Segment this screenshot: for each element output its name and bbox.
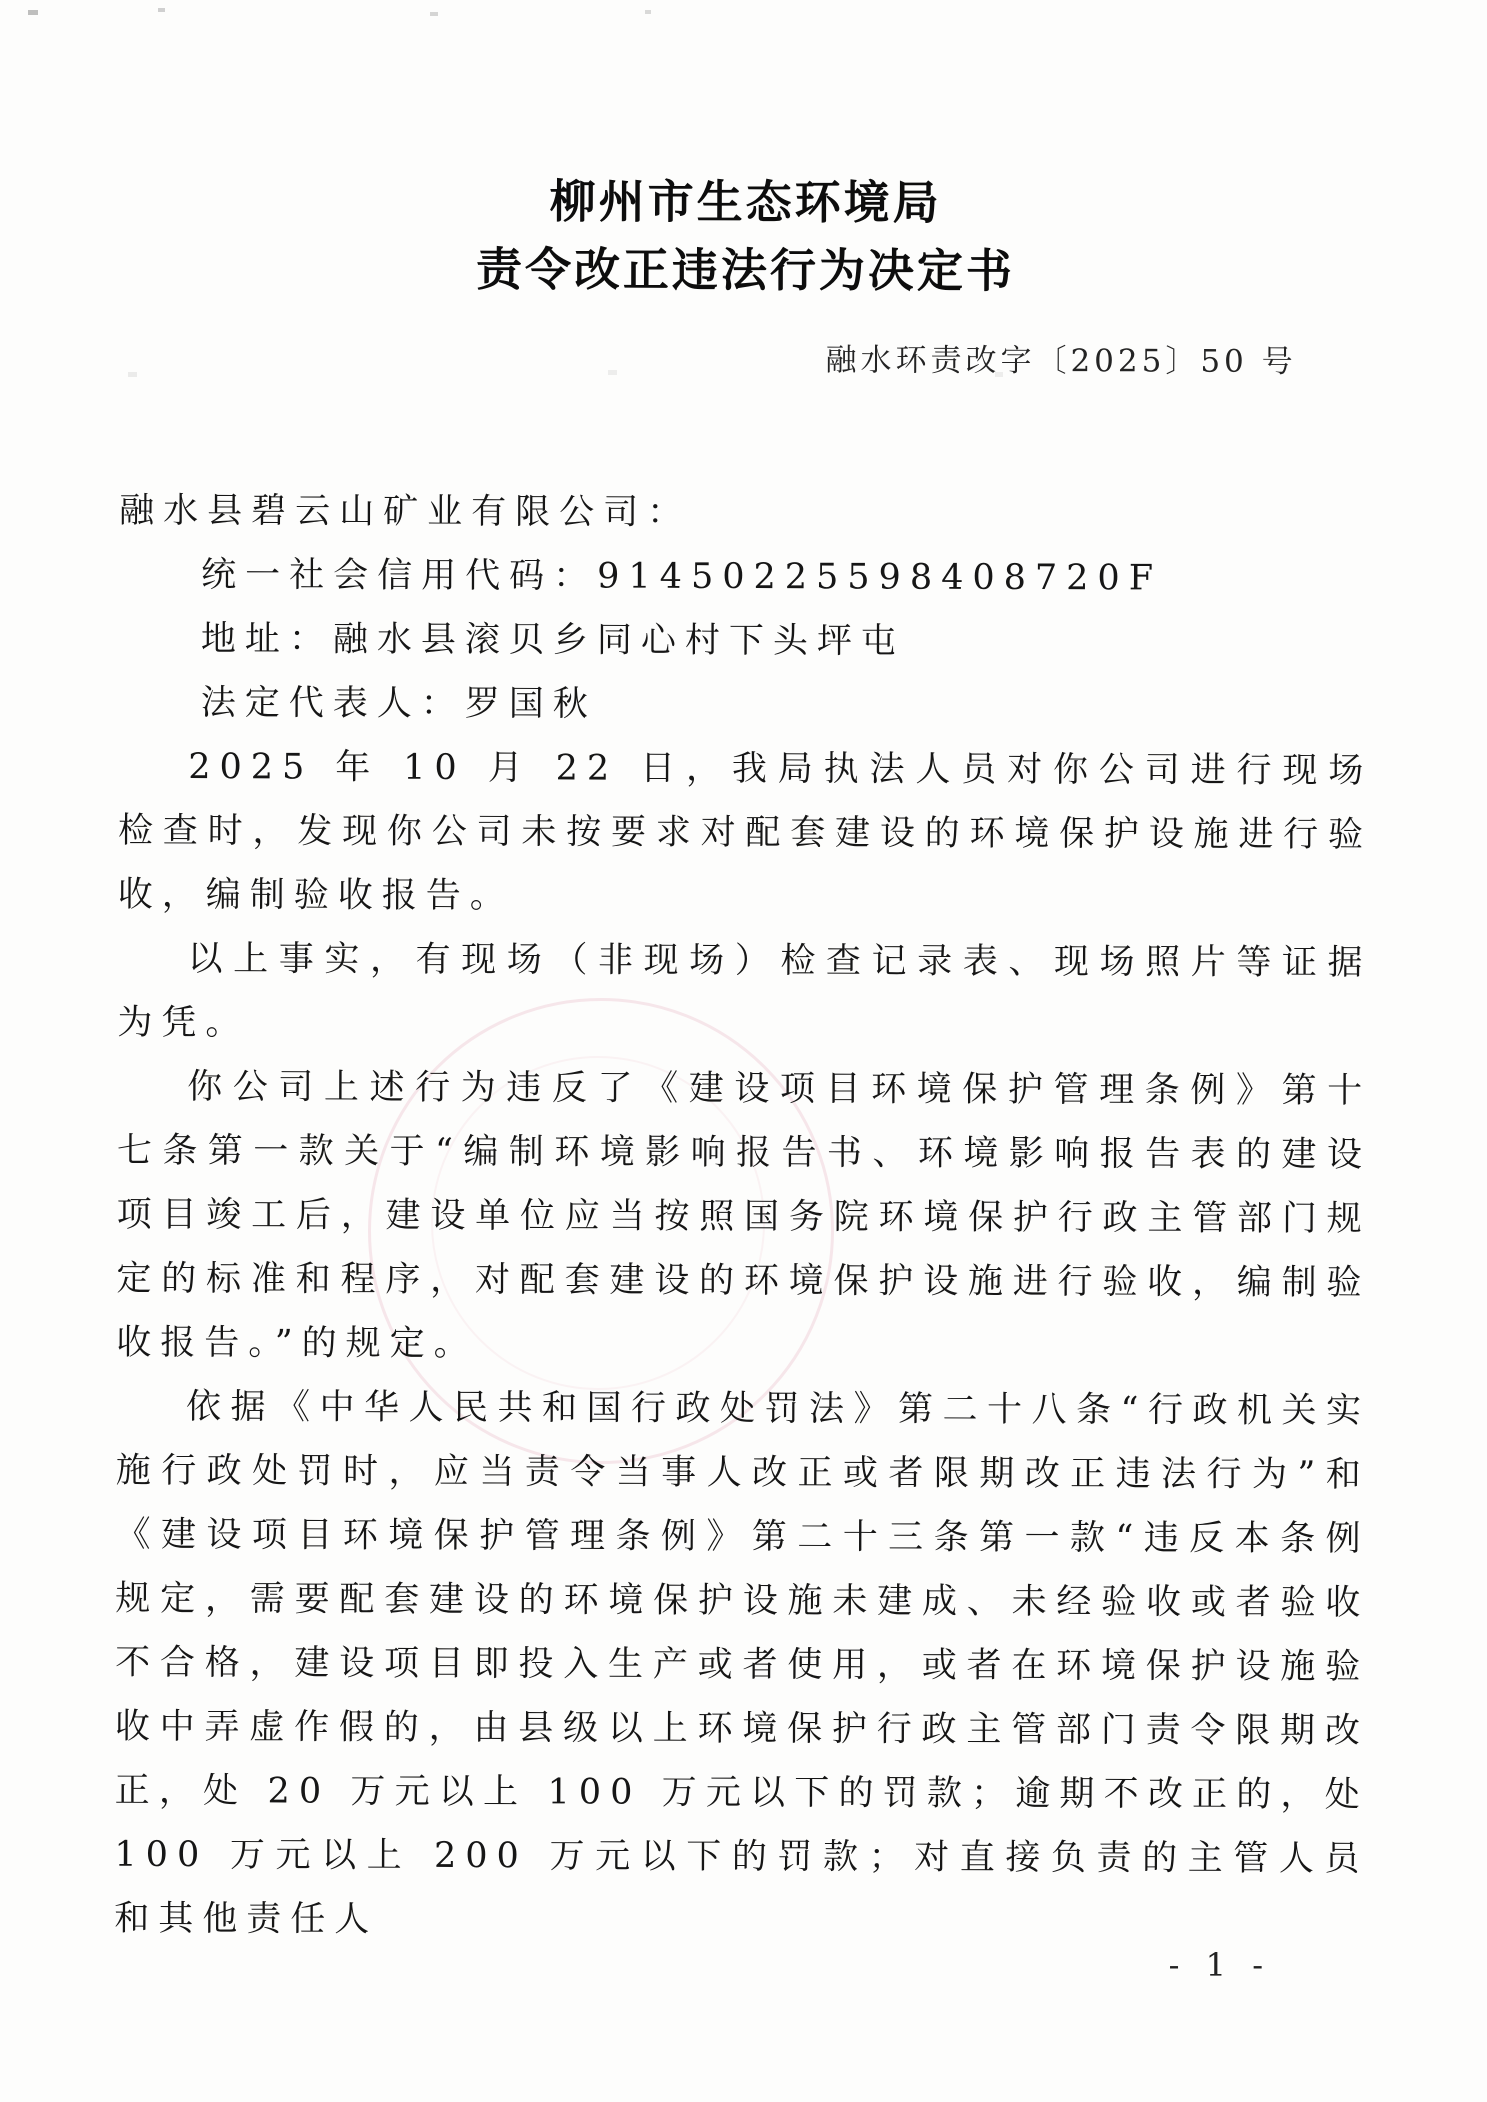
document-content: 柳州市生态环境局 责令改正违法行为决定书 融水环责改字〔2025〕50 号 融水… xyxy=(0,0,1487,2102)
address-line: 地址：融水县滚贝乡同心村下头坪屯 xyxy=(119,607,1373,675)
page-number: - 1 - xyxy=(1169,1946,1271,1984)
document-title: 柳州市生态环境局 责令改正违法行为决定书 xyxy=(2,165,1487,306)
paragraph-violated-regulation: 你公司上述行为违反了《建设项目环境保护管理条例》第十七条第一款关于“编制环境影响… xyxy=(116,1055,1371,1379)
credit-code-line: 统一社会信用代码：91450225598408720F xyxy=(119,543,1373,611)
document-body: 融水县碧云山矿业有限公司： 统一社会信用代码：91450225598408720… xyxy=(114,479,1373,1955)
paragraph-legal-basis: 依据《中华人民共和国行政处罚法》第二十八条“行政机关实施行政处罚时，应当责令当事… xyxy=(114,1375,1370,1955)
paragraph-evidence: 以上事实，有现场（非现场）检查记录表、现场照片等证据为凭。 xyxy=(117,927,1371,1059)
legal-representative-line: 法定代表人：罗国秋 xyxy=(118,671,1372,739)
recipient-company-name: 融水县碧云山矿业有限公司： xyxy=(119,479,1373,547)
paragraph-inspection-findings: 2025 年 10 月 22 日，我局执法人员对你公司进行现场检查时，发现你公司… xyxy=(118,735,1373,931)
document-reference-number: 融水环责改字〔2025〕50 号 xyxy=(2,331,1487,381)
scanned-document-page: 柳州市生态环境局 责令改正违法行为决定书 融水环责改字〔2025〕50 号 融水… xyxy=(0,0,1487,2102)
title-agency-line: 柳州市生态环境局 xyxy=(2,165,1487,238)
title-document-type-line: 责令改正违法行为决定书 xyxy=(2,233,1487,306)
